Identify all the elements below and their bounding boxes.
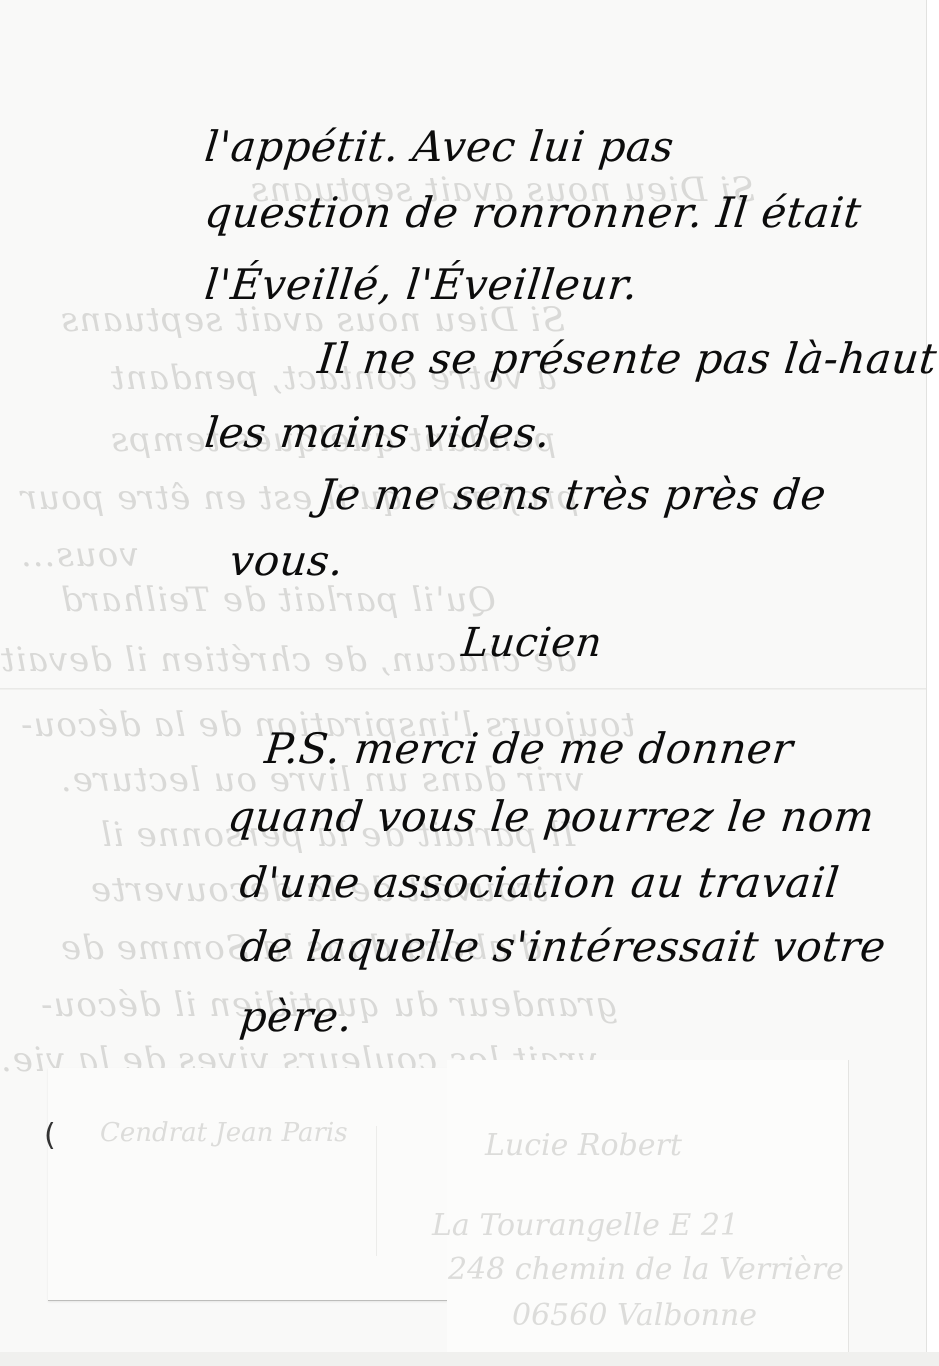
letter-line: l'appétit. Avec lui pas	[202, 122, 676, 171]
envelope-divider	[376, 1126, 377, 1256]
postscript-line: de laquelle s'intéressait votre	[237, 922, 888, 971]
envelope-recipient-name: Lucie Robert	[485, 1128, 682, 1163]
envelope-address-line: 248 chemin de la Verrière	[448, 1252, 844, 1287]
postscript-line: père.	[237, 992, 355, 1041]
letter-line: Il ne se présente pas là-haut	[315, 334, 939, 383]
envelope-address-line: La Tourangelle E 21	[432, 1208, 739, 1243]
signature: Lucien	[460, 620, 605, 666]
scan-bottom-edge	[0, 1352, 939, 1366]
letter-line: question de ronronner. Il était	[202, 188, 863, 237]
ghost-line: vous...	[20, 535, 138, 575]
letter-line: vous.	[227, 536, 346, 585]
ghost-line: Qu'il parlait de Teilhard	[60, 580, 496, 620]
envelope-flap	[48, 1068, 448, 1301]
bracket-mark: (	[44, 1118, 56, 1153]
postscript-line: quand vous le pourrez le nom	[225, 792, 877, 841]
postscript-line: P.S. merci de me donner	[262, 724, 795, 773]
letter-line: les mains vides.	[202, 408, 552, 457]
envelope-sender: Cendrat Jean Paris	[100, 1118, 348, 1148]
postscript-line: d'une association au travail	[237, 858, 841, 907]
paper-fold-line	[0, 688, 926, 690]
letter-line: Je me sens très près de	[315, 470, 828, 519]
letter-line: l'Éveillé, l'Éveilleur.	[202, 260, 640, 309]
envelope-address-line: 06560 Valbonne	[512, 1298, 757, 1333]
